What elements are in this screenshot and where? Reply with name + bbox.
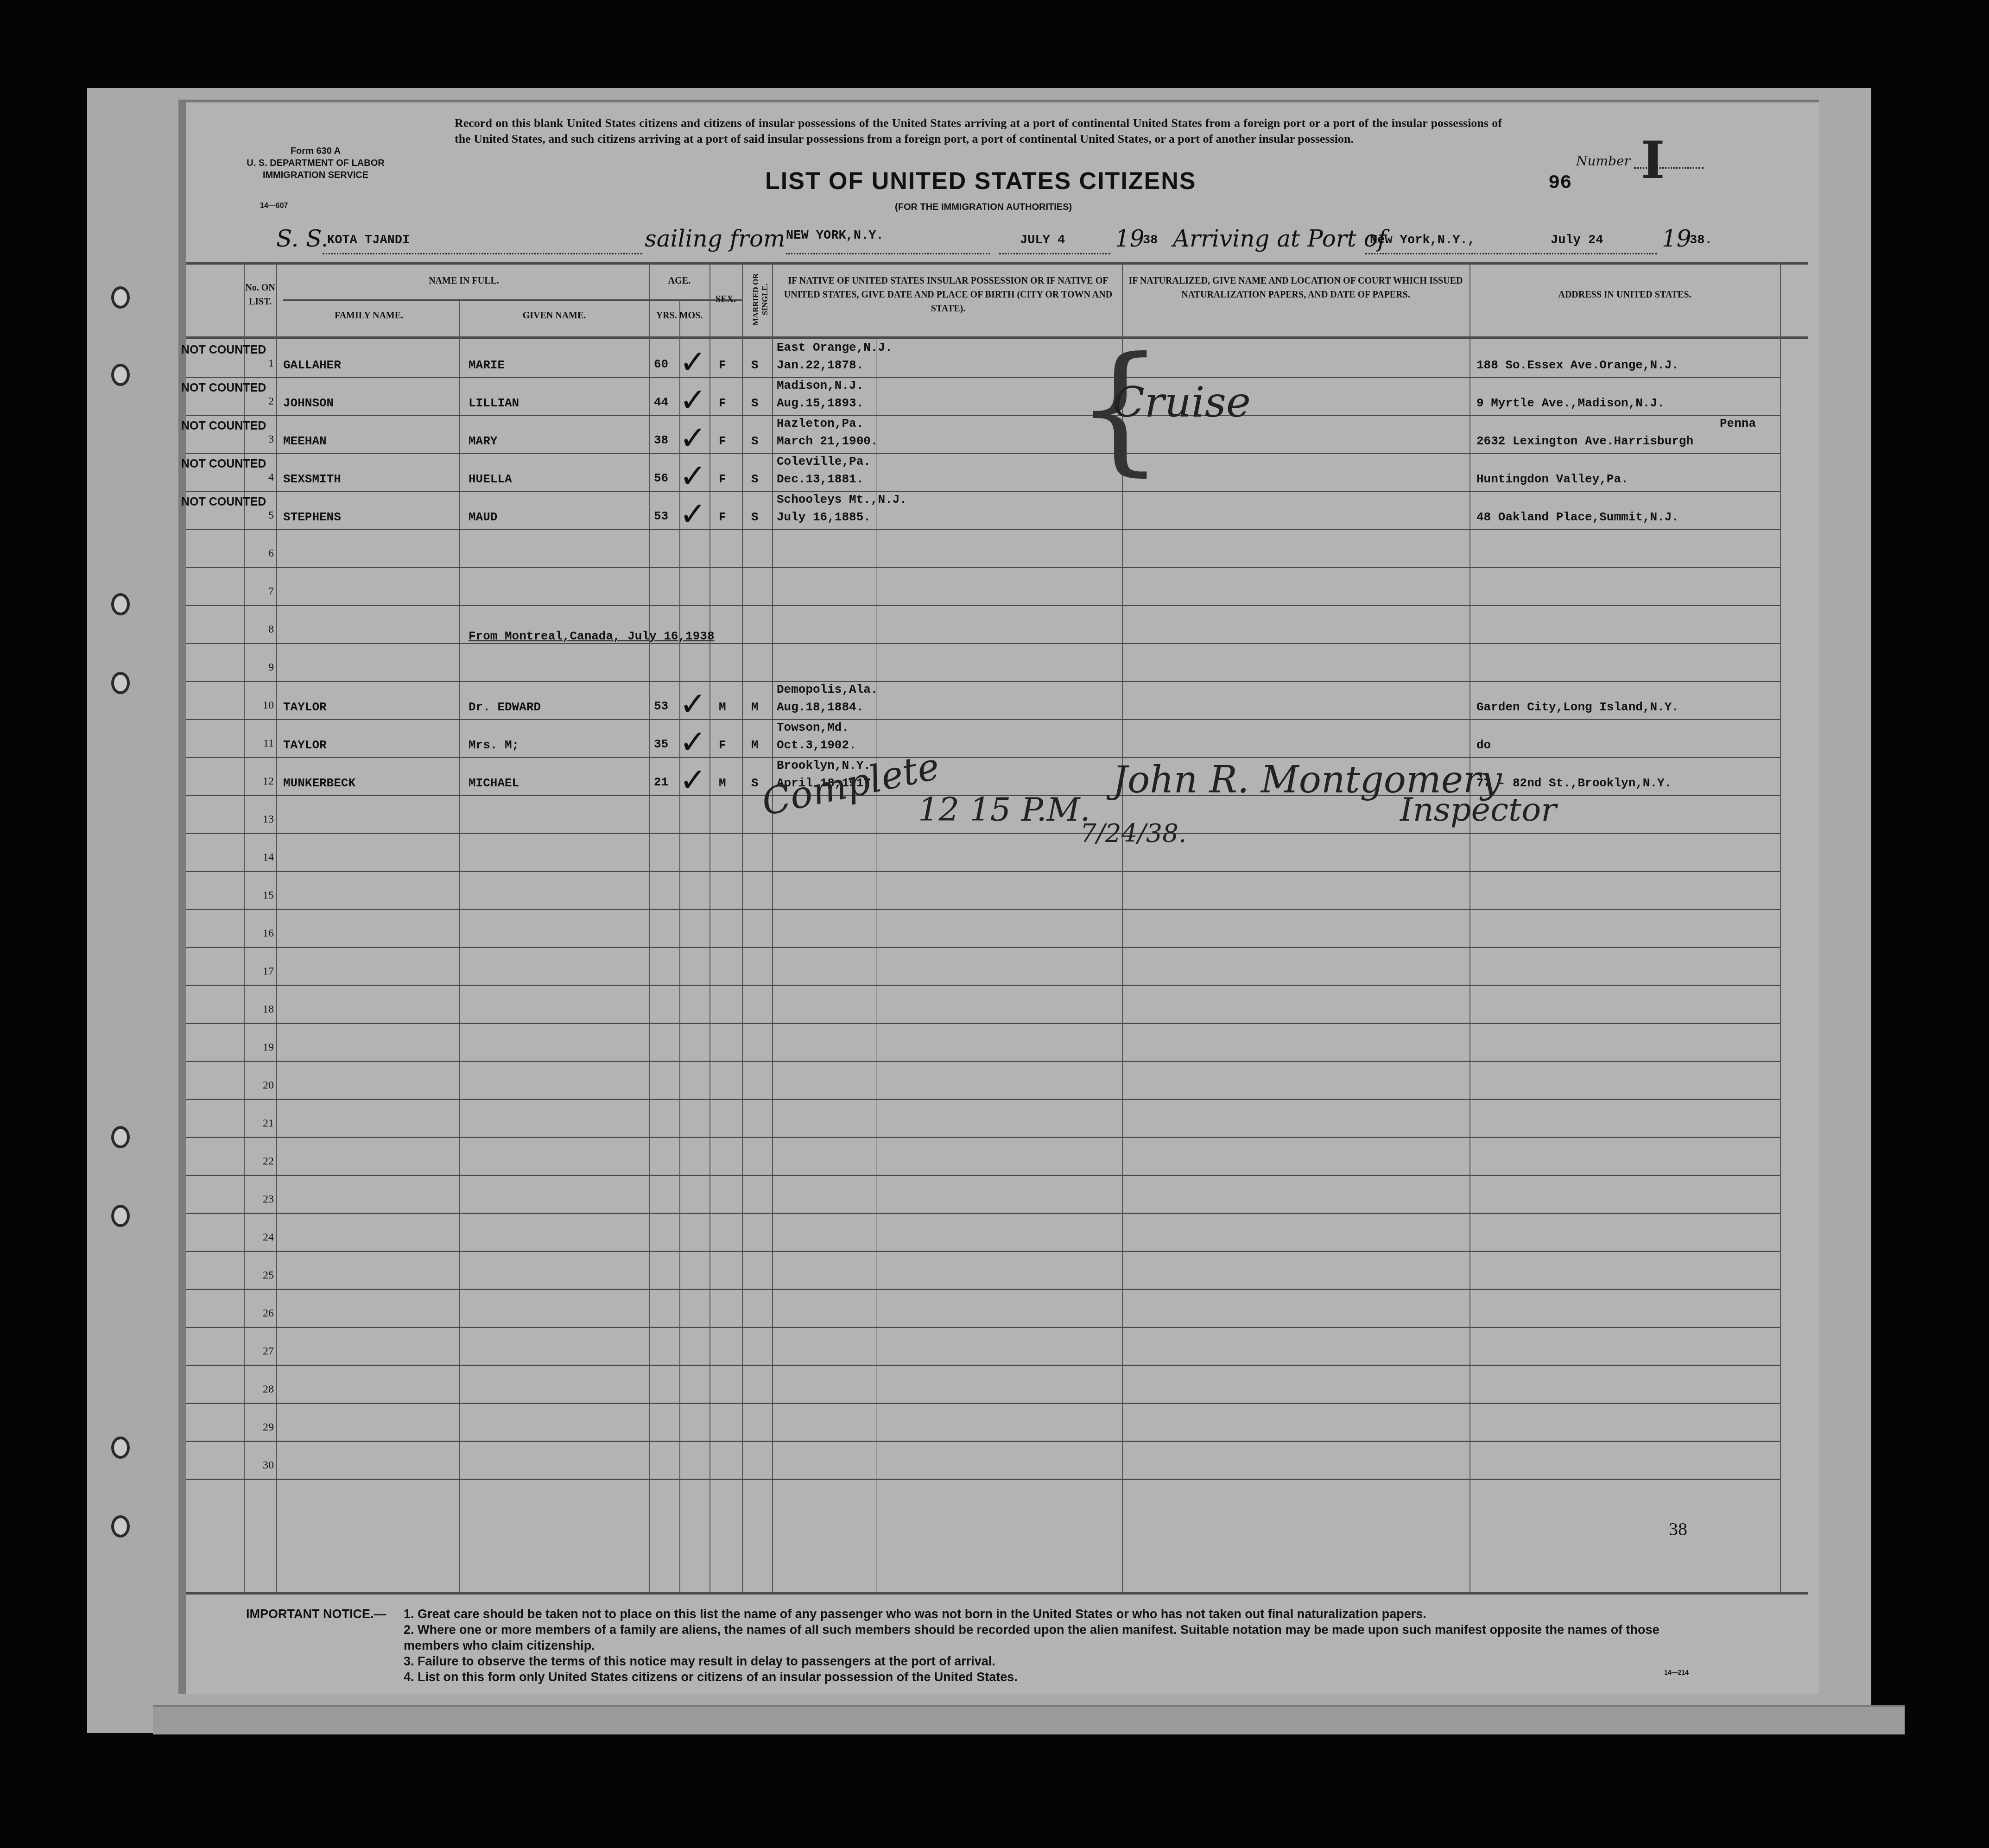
passenger-table: No. ON LIST. NAME IN FULL. FAMILY NAME. … xyxy=(186,262,1808,1606)
given-name: MARY xyxy=(469,433,497,449)
age-years: 53 xyxy=(654,698,668,714)
row-number: 8 xyxy=(246,623,274,636)
family-name: MEEHAN xyxy=(283,433,327,449)
family-name: MUNKERBECK xyxy=(283,775,355,791)
address: Garden City,Long Island,N.Y. xyxy=(1476,699,1679,715)
row-rule xyxy=(186,605,1780,606)
row-rule xyxy=(186,529,1780,530)
sex: F xyxy=(719,395,726,411)
row-rule xyxy=(186,947,1780,948)
marital-status: S xyxy=(751,395,759,411)
check-mark-icon: ✓ xyxy=(679,688,707,720)
col-divider xyxy=(459,299,460,1592)
row-number: 21 xyxy=(246,1117,274,1130)
col-header-family: FAMILY NAME. xyxy=(279,309,459,323)
marital-status: S xyxy=(751,471,759,487)
row-number: 5 xyxy=(246,509,274,522)
sex: F xyxy=(719,471,726,487)
row-rule xyxy=(186,1023,1780,1024)
col-header-given: GIVEN NAME. xyxy=(462,309,647,323)
ship-field-line xyxy=(323,253,642,254)
row-number: 19 xyxy=(246,1041,274,1054)
col-divider xyxy=(709,262,710,1592)
age-years: 35 xyxy=(654,736,668,752)
date-note: 7/24/38. xyxy=(1080,818,1187,848)
port-field-line xyxy=(786,253,990,254)
row-rule xyxy=(186,1327,1780,1328)
sex: F xyxy=(719,357,726,373)
underlying-page-edge xyxy=(153,1705,1905,1734)
row-rule xyxy=(186,871,1780,872)
arrival-year: 38. xyxy=(1690,234,1712,247)
age-years: 56 xyxy=(654,470,668,486)
row-number: 20 xyxy=(246,1079,274,1092)
family-name: TAYLOR xyxy=(283,737,327,753)
voyage-line: S. S. KOTA TJANDI sailing from NEW YORK,… xyxy=(276,225,1805,258)
row-number: 13 xyxy=(246,813,274,826)
col-divider xyxy=(1470,262,1470,1592)
not-counted-stamp: NOT COUNTED xyxy=(181,419,266,433)
row-rule xyxy=(186,415,1780,416)
departure-year: 38 xyxy=(1143,234,1158,247)
col-divider xyxy=(276,262,277,1592)
inspector-title: Inspector xyxy=(1400,791,1557,829)
row-rule xyxy=(186,985,1780,986)
row-number: 3 xyxy=(246,433,274,446)
marital-status: S xyxy=(751,433,759,449)
birth-date: Oct.3,1902. xyxy=(777,737,856,753)
marital-status: S xyxy=(751,509,759,525)
row-number: 18 xyxy=(246,1003,274,1016)
birth-place: Demopolis,Ala. xyxy=(777,682,878,697)
table-top-rule xyxy=(186,262,1808,265)
row-rule xyxy=(186,1099,1780,1100)
row-number: 11 xyxy=(246,737,274,750)
row-number: 7 xyxy=(246,585,274,598)
address: do xyxy=(1476,737,1491,753)
row-rule xyxy=(186,377,1780,378)
col-divider xyxy=(772,262,773,1592)
address: 77 - 82nd St.,Brooklyn,N.Y. xyxy=(1476,775,1672,791)
given-name: HUELLA xyxy=(469,471,512,487)
row-number: 29 xyxy=(246,1421,274,1434)
binder-hole xyxy=(111,1205,130,1227)
address: 48 Oakland Place,Summit,N.J. xyxy=(1476,509,1679,525)
row-number: 22 xyxy=(246,1155,274,1168)
departure-port: NEW YORK,N.Y. xyxy=(786,229,884,243)
row-number: 6 xyxy=(246,547,274,560)
notice-item: 1. Great care should be taken not to pla… xyxy=(246,1606,1706,1622)
record-instructions: Record on this blank United States citiz… xyxy=(455,115,1502,147)
col-header-birth: IF NATIVE OF UNITED STATES INSULAR POSSE… xyxy=(779,274,1117,316)
age-years: 60 xyxy=(654,356,668,372)
col-divider xyxy=(649,262,650,1592)
check-mark-icon: ✓ xyxy=(679,422,707,454)
row-number: 23 xyxy=(246,1193,274,1206)
birth-date: Aug.15,1893. xyxy=(777,395,863,411)
family-name: STEPHENS xyxy=(283,509,341,525)
notice-item: 4. List on this form only United States … xyxy=(246,1669,1706,1685)
check-mark-icon: ✓ xyxy=(679,764,707,796)
address: 2632 Lexington Ave.Harrisburgh xyxy=(1476,433,1693,449)
col-header-mos: MOS. xyxy=(679,310,703,321)
family-name: JOHNSON xyxy=(283,395,334,411)
row-number: 28 xyxy=(246,1383,274,1396)
binder-hole xyxy=(111,1515,130,1538)
row-number: 9 xyxy=(246,661,274,674)
row-number: 25 xyxy=(246,1269,274,1282)
col-header-naturalized: IF NATURALIZED, GIVE NAME AND LOCATION O… xyxy=(1127,274,1465,302)
arriving-label: Arriving at Port of xyxy=(1173,225,1386,252)
not-counted-stamp: NOT COUNTED xyxy=(181,457,266,471)
marital-status: M xyxy=(751,737,759,753)
col-header-yrs: YRS. xyxy=(656,310,677,321)
given-name: Mrs. M; xyxy=(469,737,519,753)
binder-hole xyxy=(111,286,130,309)
row-rule xyxy=(186,1289,1780,1290)
row-number: 30 xyxy=(246,1459,274,1472)
binder-hole xyxy=(111,593,130,615)
check-mark-icon: ✓ xyxy=(679,498,707,530)
family-name: SEXSMITH xyxy=(283,471,341,487)
row-rule xyxy=(186,681,1780,682)
time-note: 12 15 P.M. xyxy=(918,791,1090,829)
col-header-sex: SEX. xyxy=(709,292,742,306)
row-rule xyxy=(186,643,1780,644)
check-mark-icon: ✓ xyxy=(679,460,707,492)
check-mark-icon: ✓ xyxy=(679,384,707,416)
birth-place: Coleville,Pa. xyxy=(777,454,871,469)
age-years: 44 xyxy=(654,394,668,410)
notice-item: 2. Where one or more members of a family… xyxy=(246,1622,1706,1653)
sex: F xyxy=(719,737,726,753)
table-bottom-rule xyxy=(186,1592,1808,1595)
birth-place: Towson,Md. xyxy=(777,720,849,735)
family-name: TAYLOR xyxy=(283,699,327,715)
marital-status: M xyxy=(751,699,759,715)
birth-date: Jan.22,1878. xyxy=(777,357,863,373)
given-name: MAUD xyxy=(469,509,497,525)
not-counted-stamp: NOT COUNTED xyxy=(181,381,266,395)
date-field-line xyxy=(999,253,1110,254)
arrival-field-line xyxy=(1365,253,1657,254)
col-header-name: NAME IN FULL. xyxy=(371,274,557,288)
col-header-yrs-mos: YRS. MOS. xyxy=(649,309,709,323)
col-divider xyxy=(1780,262,1781,1592)
row-number: 14 xyxy=(246,851,274,864)
form-agency-block: Form 630 A U. S. DEPARTMENT OF LABOR IMM… xyxy=(241,145,390,181)
given-name: Dr. EDWARD xyxy=(469,699,541,715)
birth-place: East Orange,N.J. xyxy=(777,340,893,355)
not-counted-stamp: NOT COUNTED xyxy=(181,495,266,509)
given-name: MARIE xyxy=(469,357,505,373)
sheet-number: 96 xyxy=(1548,172,1571,194)
row-number: 2 xyxy=(246,395,274,408)
row-rule xyxy=(186,833,1780,834)
page-subtitle: (FOR THE IMMIGRATION AUTHORITIES) xyxy=(895,202,1072,213)
row-rule xyxy=(186,719,1780,720)
birth-place: Schooleys Mt.,N.J. xyxy=(777,492,907,507)
row-rule xyxy=(186,1441,1780,1442)
notice-item: 3. Failure to observe the terms of this … xyxy=(246,1653,1706,1669)
row-number: 26 xyxy=(246,1307,274,1320)
address: Huntingdon Valley,Pa. xyxy=(1476,471,1628,487)
age-years: 21 xyxy=(654,774,668,790)
row-rule xyxy=(186,1061,1780,1062)
row-number: 27 xyxy=(246,1345,274,1358)
marital-status: S xyxy=(751,775,759,791)
birth-date: Dec.13,1881. xyxy=(777,471,863,487)
marital-status: S xyxy=(751,357,759,373)
name-subheader-rule xyxy=(283,299,742,301)
citizen-list-form: Form 630 A U. S. DEPARTMENT OF LABOR IMM… xyxy=(178,100,1819,1694)
family-name: GALLAHER xyxy=(283,357,341,373)
list-number-handwritten: I xyxy=(1641,130,1665,190)
sex: M xyxy=(719,775,726,791)
binder-hole xyxy=(111,672,130,694)
birth-place: Madison,N.J. xyxy=(777,378,863,393)
row-rule xyxy=(186,1175,1780,1176)
row-rule xyxy=(186,1479,1780,1480)
arrival-port: New York,N.Y., xyxy=(1370,234,1475,247)
address: 9 Myrtle Ave.,Madison,N.J. xyxy=(1476,395,1665,411)
sex: F xyxy=(719,509,726,525)
departure-year-prefix: 19 xyxy=(1115,225,1145,252)
binder-hole xyxy=(111,364,130,386)
row-number: 12 xyxy=(246,775,274,788)
important-notice: IMPORTANT NOTICE.— 1. Great care should … xyxy=(246,1606,1706,1685)
birth-date: March 21,1900. xyxy=(777,433,878,449)
not-counted-stamp: NOT COUNTED xyxy=(181,343,266,357)
row-rule xyxy=(186,1137,1780,1138)
given-name: LILLIAN xyxy=(469,395,519,411)
col-divider xyxy=(742,262,743,1592)
col-header-address: ADDRESS IN UNITED STATES. xyxy=(1474,288,1775,302)
given-name: MICHAEL xyxy=(469,775,519,791)
address: 188 So.Essex Ave.Orange,N.J. xyxy=(1476,357,1679,373)
row-number: 10 xyxy=(246,699,274,712)
col-header-age: AGE. xyxy=(649,274,709,288)
page-title: LIST OF UNITED STATES CITIZENS xyxy=(765,167,1197,195)
row-number: 15 xyxy=(246,889,274,902)
row-rule xyxy=(186,491,1780,492)
row-rule xyxy=(186,757,1780,758)
section-note-montreal: From Montreal,Canada, July 16,1938 xyxy=(469,628,715,644)
number-label: Number xyxy=(1576,153,1630,169)
header-bottom-rule xyxy=(186,336,1808,339)
row-number: 4 xyxy=(246,471,274,484)
birth-place: Hazleton,Pa. xyxy=(777,416,863,431)
sailing-from-label: sailing from xyxy=(645,225,785,252)
ss-label: S. S. xyxy=(276,225,329,252)
form-number: Form 630 A xyxy=(241,145,390,157)
check-mark-icon: ✓ xyxy=(679,726,707,758)
row-rule xyxy=(186,453,1780,454)
address-state-note: Penna xyxy=(1720,416,1756,431)
col-header-marital: MARRIED OR SINGLE. xyxy=(751,267,770,332)
sex: F xyxy=(719,433,726,449)
print-code: 14—607 xyxy=(260,202,288,210)
arrival-date: July 24 xyxy=(1551,234,1603,247)
check-mark-icon: ✓ xyxy=(679,346,707,378)
row-number: 1 xyxy=(246,357,274,370)
binder-hole xyxy=(111,1126,130,1148)
binder-hole xyxy=(111,1437,130,1459)
service-name: IMMIGRATION SERVICE xyxy=(241,169,390,181)
birth-date: Aug.18,1884. xyxy=(777,699,863,715)
ship-name: KOTA TJANDI xyxy=(327,234,410,247)
arrival-year-prefix: 19 xyxy=(1662,225,1691,252)
age-years: 38 xyxy=(654,432,668,448)
row-rule xyxy=(186,1403,1780,1404)
row-number: 17 xyxy=(246,965,274,978)
row-rule xyxy=(186,1365,1780,1366)
department-name: U. S. DEPARTMENT OF LABOR xyxy=(241,157,390,169)
row-rule xyxy=(186,1213,1780,1214)
row-number: 16 xyxy=(246,927,274,940)
cruise-note: Cruise xyxy=(1113,378,1251,427)
notice-heading: IMPORTANT NOTICE.— xyxy=(246,1606,386,1622)
age-years: 53 xyxy=(654,508,668,524)
row-rule xyxy=(186,567,1780,568)
bottom-print-code: 14—214 xyxy=(1664,1669,1689,1676)
row-rule xyxy=(186,1251,1780,1252)
row-rule xyxy=(186,909,1780,910)
departure-date: JULY 4 xyxy=(1020,234,1065,247)
page-stamp-number: 38 xyxy=(1669,1518,1687,1540)
sex: M xyxy=(719,699,726,715)
row-number: 24 xyxy=(246,1231,274,1244)
birth-date: July 16,1885. xyxy=(777,509,871,525)
col-header-no: No. ON LIST. xyxy=(245,281,275,309)
